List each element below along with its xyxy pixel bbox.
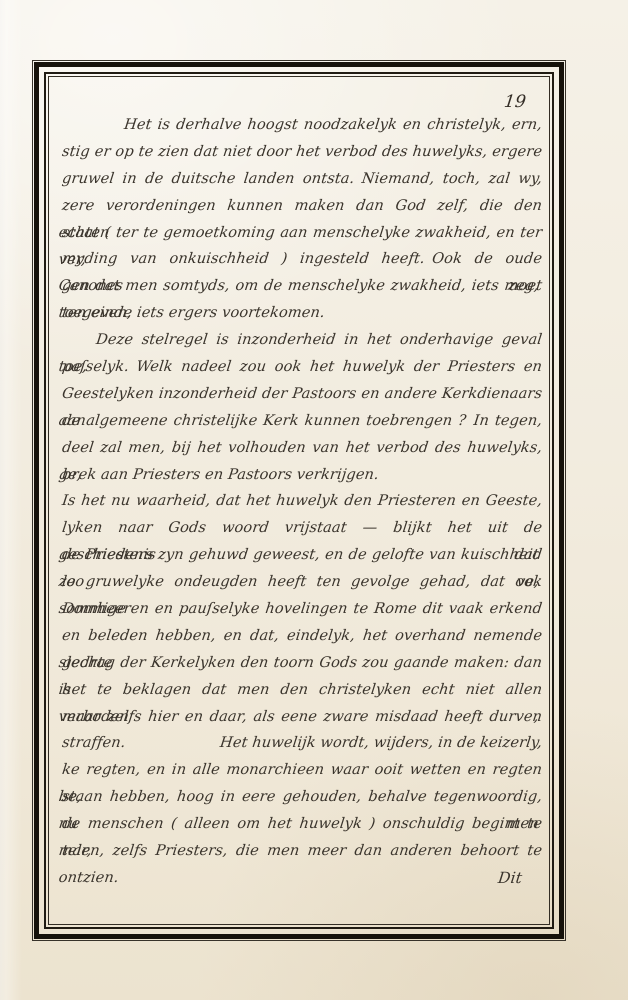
manuscript-line-5: staat ( ter te gemoetkoming aan menschel… bbox=[60, 220, 543, 247]
manuscript-line-21: gedrag der Kerkelyken den toorn Gods zou… bbox=[60, 650, 543, 677]
manuscript-line-24-part-2: Het huwelijk wordt, wijders, in de keize… bbox=[218, 730, 543, 757]
text-block: Het is derhalve hoogst noodzakelyk en ch… bbox=[62, 112, 542, 892]
manuscript-line-26: staan hebben, hoog in eere gehouden, beh… bbox=[60, 784, 543, 811]
catchword: Dit bbox=[60, 865, 543, 892]
manuscript-line-28: telen, zelfs Priesters, die men meer dan… bbox=[60, 838, 543, 865]
manuscript-line-20: en beleden hebben, en dat, eindelyk, het… bbox=[60, 623, 543, 650]
manuscript-line-11: Geestelyken inzonderheid der Pastoors en… bbox=[60, 381, 543, 408]
manuscript-line-13: deel zal men, bij het volhouden van het … bbox=[60, 435, 543, 462]
manuscript-line-25: ke regten, en in alle monarchieen waar o… bbox=[60, 757, 543, 784]
manuscript-line-6: myding van onkuischheid ) ingesteld heef… bbox=[60, 246, 543, 273]
manuscript-line-3: gruwel in de duitsche landen ontsta. Nie… bbox=[60, 166, 543, 193]
manuscript-line-12: de algemeene christelijke Kerk kunnen to… bbox=[60, 408, 543, 435]
manuscript-line-17: de Priesters zyn gehuwd geweest, en de g… bbox=[60, 542, 543, 569]
manuscript-line-14: brek aan Priesters en Pastoors verkrijge… bbox=[60, 462, 543, 489]
manuscript-line-10: paſselyk. Welk nadeel zou ook het huwely… bbox=[60, 354, 543, 381]
manuscript-line-22: het te beklagen dat men den christelyken… bbox=[60, 677, 543, 704]
manuscript-line-18: le gruwelyke ondeugden heeft ten gevolge… bbox=[60, 569, 543, 596]
manuscript-line-15: Is het nu waarheid, dat het huwelyk den … bbox=[60, 488, 543, 515]
manuscript-line-27: de menschen ( alleen om het huwelyk ) on… bbox=[60, 811, 543, 838]
manuscript-line-2: stig er op te zien dat niet door het ver… bbox=[60, 139, 543, 166]
manuscript-line-4: zere verordeningen kunnen maken dan God … bbox=[60, 193, 543, 220]
manuscript-line-23: maar zelfs hier en daar, als eene zware … bbox=[60, 704, 543, 731]
manuscript-line-16: lyken naar Gods woord vrijstaat — blijkt… bbox=[60, 515, 543, 542]
manuscript-line-9: Deze stelregel is inzonderheid in het on… bbox=[60, 327, 543, 354]
manuscript-line-24-part-1: straffen. bbox=[60, 730, 127, 757]
manuscript-line-8: ten einde iets ergers voortekomen. bbox=[60, 300, 543, 327]
manuscript-line-24: straffen.Het huwelijk wordt, wijders, in… bbox=[60, 730, 543, 757]
manuscript-line-19: Domheeren en pauſselyke hovelingen te Ro… bbox=[60, 596, 543, 623]
page-number: 19 bbox=[491, 92, 539, 112]
manuscript-line-1: Het is derhalve hoogst noodzakelyk en ch… bbox=[60, 112, 543, 139]
manuscript-line-7: gen dat men somtyds, om de menschelyke z… bbox=[60, 273, 543, 300]
